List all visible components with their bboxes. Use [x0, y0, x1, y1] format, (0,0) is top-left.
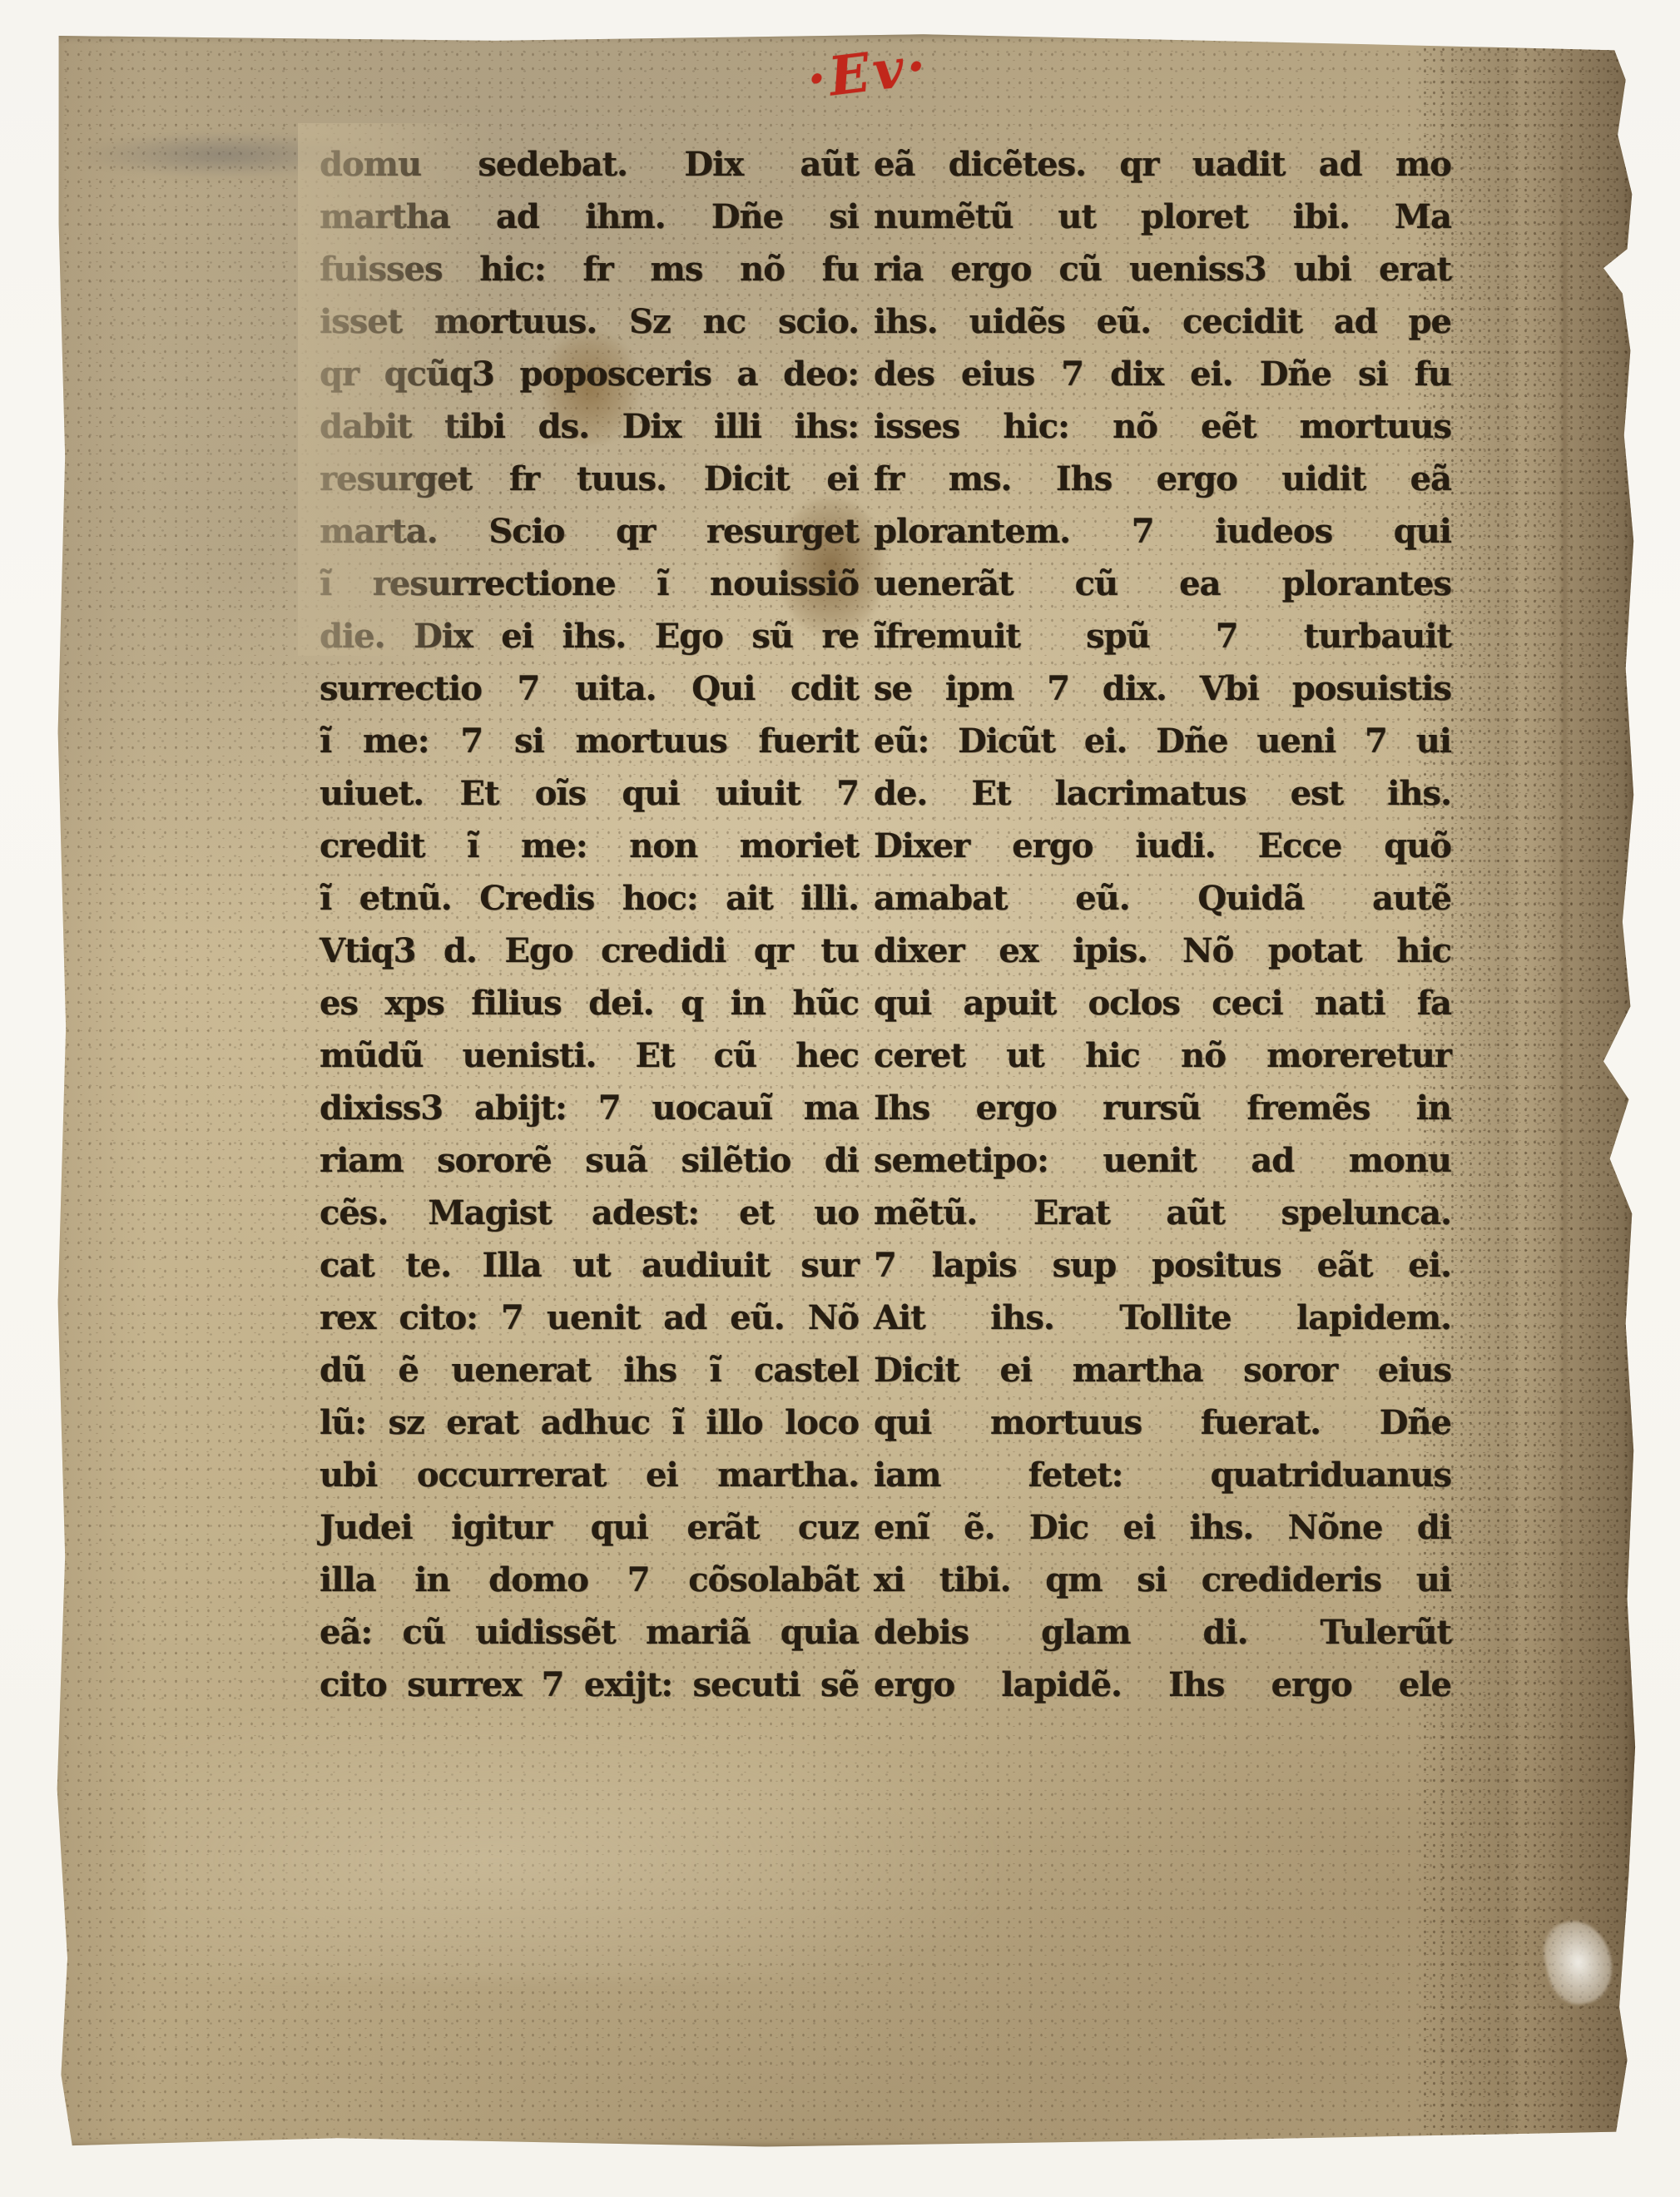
text-line: fr ms. Ihs ergo uidit eã [874, 453, 1451, 505]
text-line: cẽs. Magist adest: et uo [320, 1187, 859, 1239]
text-line: ria ergo cũ ueniss3 ubi erat [874, 243, 1451, 295]
text-line: resurget fr tuus. Dicit ei [320, 453, 859, 505]
text-line: plorantem. 7 iudeos qui [874, 505, 1451, 558]
wrinkle-sheen [146, 1684, 1018, 1980]
text-line: debis glam di. Tulerũt [874, 1606, 1451, 1659]
text-line: qui apuit oclos ceci nati fa [874, 977, 1451, 1029]
text-line: uiuet. Et oĩs qui uiuit 7 [320, 767, 859, 820]
text-line: des eius 7 dix ei. Dñe si fu [874, 348, 1451, 400]
text-line: cito surrex 7 exijt: secuti sẽ [320, 1659, 859, 1711]
text-line: 7 lapis sup positus eãt ei. [874, 1239, 1451, 1292]
text-line: ceret ut hic nõ moreretur [874, 1029, 1451, 1082]
damage-patch [1538, 1915, 1618, 2010]
text-line: surrectio 7 uita. Qui cdit [320, 662, 859, 715]
text-line: ĩfremuit spũ 7 turbauit [874, 610, 1451, 662]
text-line: enĩ ẽ. Dic ei ihs. Nõne di [874, 1501, 1451, 1554]
text-line: illa in domo 7 cõsolabãt [320, 1554, 859, 1606]
text-column-left: domu sedebat. Dix aũtmartha ad ihm. Dñe … [320, 138, 859, 1711]
text-line: fuisses hic: fr ms nõ fu [320, 243, 859, 295]
text-line: Ait ihs. Tollite lapidem. [874, 1292, 1451, 1344]
text-line: semetipo: uenit ad monu [874, 1134, 1451, 1187]
text-line: ĩ me: 7 si mortuus fuerit [320, 715, 859, 767]
text-line: xi tibi. qm si credideris ui [874, 1554, 1451, 1606]
text-line: es xps filius dei. q in hũc [320, 977, 859, 1029]
text-line: eã dicẽtes. qr uadit ad mo [874, 138, 1451, 191]
text-line: eũ: Dicũt ei. Dñe ueni 7 ui [874, 715, 1451, 767]
text-line: ĩ etnũ. Credis hoc: ait illi. [320, 872, 859, 925]
text-line: numẽtũ ut ploret ibi. Ma [874, 191, 1451, 243]
text-line: ihs. uidẽs eũ. cecidit ad pe [874, 295, 1451, 348]
text-line: cat te. Illa ut audiuit sur [320, 1239, 859, 1292]
text-line: de. Et lacrimatus est ihs. [874, 767, 1451, 820]
right-edge-speckle-texture [1420, 33, 1637, 2149]
text-line: amabat eũ. Quidã autẽ [874, 872, 1451, 925]
text-line: Ihs ergo rursũ fremẽs in [874, 1082, 1451, 1134]
text-line: Dixer ergo iudi. Ecce quõ [874, 820, 1451, 872]
text-line: isses hic: nõ eẽt mortuus [874, 400, 1451, 453]
text-line: qr qcũq3 poposceris a deo: [320, 348, 859, 400]
parchment-leaf: ·Ev· domu sedebat. Dix aũtmartha ad ihm.… [52, 33, 1637, 2149]
text-line: qui mortuus fuerat. Dñe [874, 1396, 1451, 1449]
text-column-right: eã dicẽtes. qr uadit ad monumẽtũ ut plor… [874, 138, 1451, 1711]
text-line: riam sororẽ suã silẽtio di [320, 1134, 859, 1187]
text-line: ĩ resurrectione ĩ nouissiõ [320, 558, 859, 610]
text-line: domu sedebat. Dix aũt [320, 138, 859, 191]
text-line: lũ: sz erat adhuc ĩ illo loco [320, 1396, 859, 1449]
right-edge-fold-crease [1562, 76, 1567, 2106]
text-line: dũ ẽ uenerat ihs ĩ castel [320, 1344, 859, 1396]
text-line: iam fetet: quatriduanus [874, 1449, 1451, 1501]
text-line: se ipm 7 dix. Vbi posuistis [874, 662, 1451, 715]
text-line: rex cito: 7 uenit ad eũ. Nõ [320, 1292, 859, 1344]
text-line: martha ad ihm. Dñe si [320, 191, 859, 243]
text-line: mẽtũ. Erat aũt spelunca. [874, 1187, 1451, 1239]
text-line: Dicit ei martha soror eius [874, 1344, 1451, 1396]
text-line: ubi occurrerat ei martha. [320, 1449, 859, 1501]
text-line: Vtiq3 d. Ego credidi qr tu [320, 925, 859, 977]
rubric-folio-mark: ·Ev· [804, 34, 933, 111]
text-line: die. Dix ei ihs. Ego sũ re [320, 610, 859, 662]
text-line: dabit tibi ds. Dix illi ihs: [320, 400, 859, 453]
text-line: ergo lapidẽ. Ihs ergo ele [874, 1659, 1451, 1711]
text-line: uenerãt cũ ea plorantes [874, 558, 1451, 610]
text-line: dixiss3 abijt: 7 uocauĩ ma [320, 1082, 859, 1134]
text-line: Judei igitur qui erãt cuz [320, 1501, 859, 1554]
text-line: credit ĩ me: non moriet [320, 820, 859, 872]
text-line: mũdũ uenisti. Et cũ hec [320, 1029, 859, 1082]
text-line: dixer ex ipis. Nõ potat hic [874, 925, 1451, 977]
text-line: eã: cũ uidissẽt mariã quia [320, 1606, 859, 1659]
text-line: isset mortuus. Sz nc scio. [320, 295, 859, 348]
text-line: marta. Scio qr resurget [320, 505, 859, 558]
